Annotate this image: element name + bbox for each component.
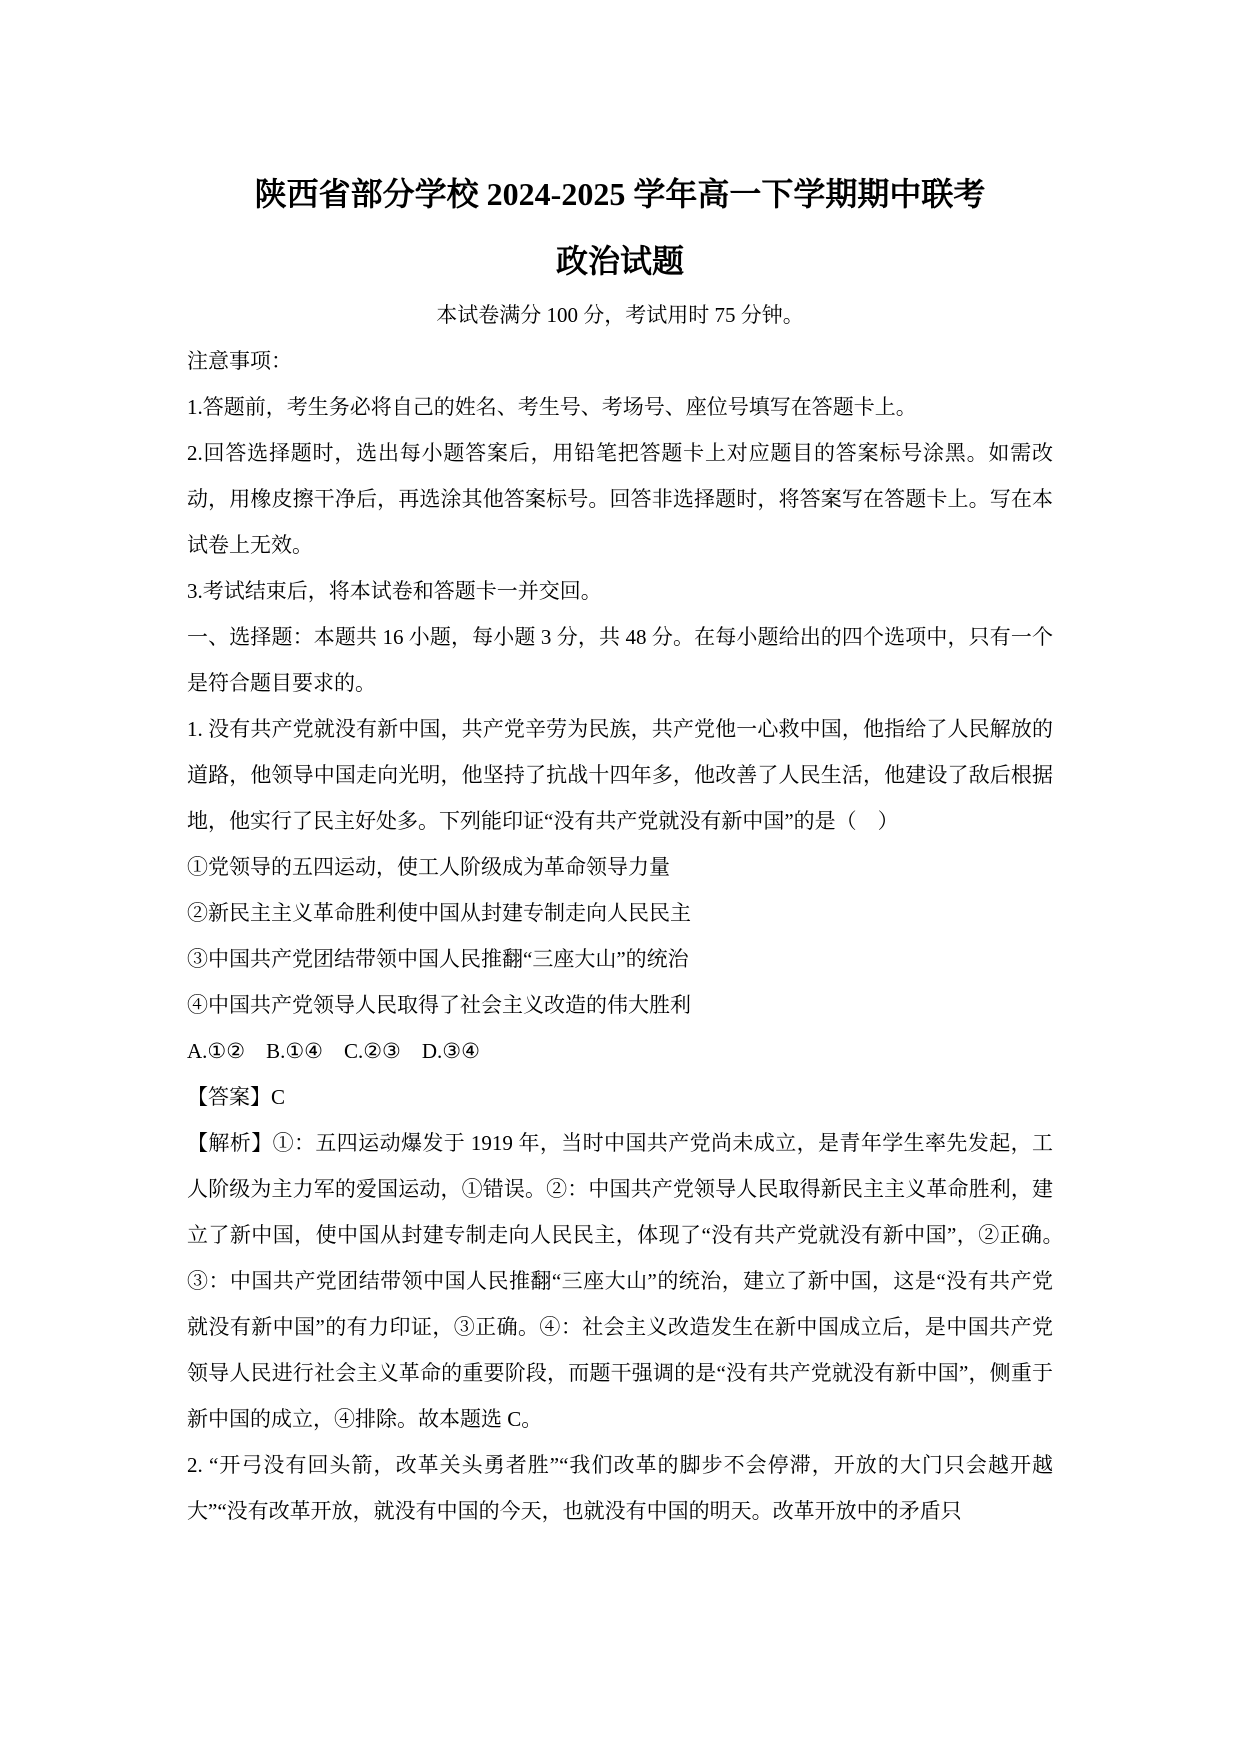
exam-paper-page: 陕西省部分学校 2024-2025 学年高一下学期期中联考 政治试题 本试卷满分… <box>0 0 1240 1754</box>
notice-item-1: 1.答题前，考生务必将自己的姓名、考生号、考场号、座位号填写在答题卡上。 <box>187 384 1053 430</box>
question-1-statement-4: ④中国共产党领导人民取得了社会主义改造的伟大胜利 <box>187 982 1053 1028</box>
question-1-statement-2: ②新民主主义革命胜利使中国从封建专制走向人民民主 <box>187 890 1053 936</box>
question-2-stem: 2. “开弓没有回头箭，改革关头勇者胜”“我们改革的脚步不会停滞，开放的大门只会… <box>187 1442 1053 1534</box>
exam-subtitle: 政治试题 <box>187 240 1053 282</box>
question-1: 1. 没有共产党就没有新中国，共产党辛劳为民族，共产党他一心救中国，他指给了人民… <box>187 706 1053 1442</box>
question-2: 2. “开弓没有回头箭，改革关头勇者胜”“我们改革的脚步不会停滞，开放的大门只会… <box>187 1442 1053 1534</box>
exam-meta: 本试卷满分 100 分，考试用时 75 分钟。 <box>187 292 1053 338</box>
section-1-header: 一、选择题：本题共 16 小题，每小题 3 分，共 48 分。在每小题给出的四个… <box>187 614 1053 706</box>
question-1-stem: 1. 没有共产党就没有新中国，共产党辛劳为民族，共产党他一心救中国，他指给了人民… <box>187 706 1053 844</box>
question-1-statement-3: ③中国共产党团结带领中国人民推翻“三座大山”的统治 <box>187 936 1053 982</box>
exam-title: 陕西省部分学校 2024-2025 学年高一下学期期中联考 <box>187 173 1053 215</box>
notice-item-3: 3.考试结束后，将本试卷和答题卡一并交回。 <box>187 568 1053 614</box>
question-1-answer: 【答案】C <box>187 1074 1053 1120</box>
question-1-statement-1: ①党领导的五四运动，使工人阶级成为革命领导力量 <box>187 844 1053 890</box>
notice-header: 注意事项： <box>187 338 1053 384</box>
question-1-analysis: 【解析】①：五四运动爆发于 1919 年，当时中国共产党尚未成立，是青年学生率先… <box>187 1120 1053 1442</box>
question-1-choices: A.①② B.①④ C.②③ D.③④ <box>187 1028 1053 1074</box>
notice-item-2: 2.回答选择题时，选出每小题答案后，用铅笔把答题卡上对应题目的答案标号涂黑。如需… <box>187 430 1053 568</box>
